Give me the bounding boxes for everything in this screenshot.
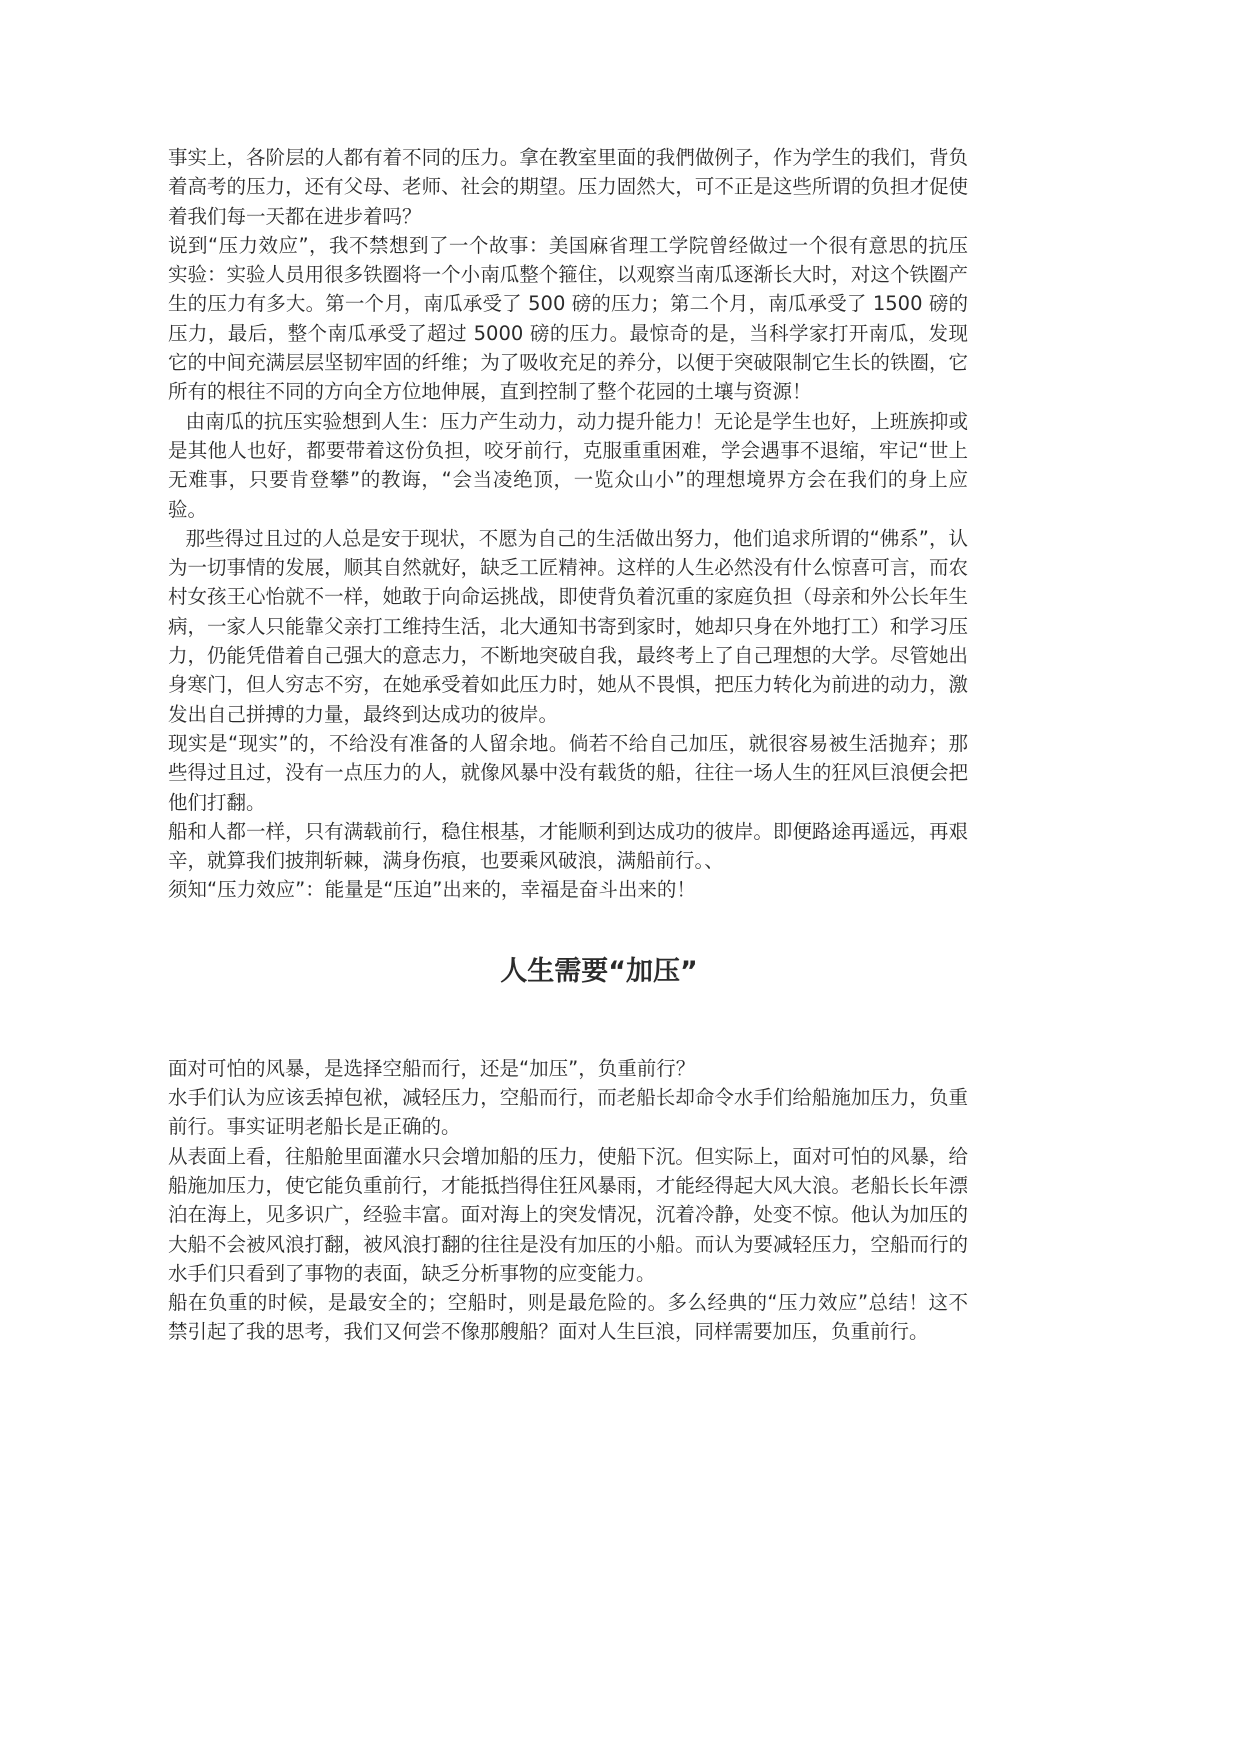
section-2: 面对可怕的风暴，是选择空船而行，还是“加压”，负重前行？ 水手们认为应该丢掉包袱…: [168, 1054, 968, 1347]
paragraph-sailors-captain: 水手们认为应该丢掉包袱，减轻压力，空船而行，而老船长却命令水手们给船施加压力，负…: [168, 1083, 968, 1142]
paragraph-reality: 现实是“现实”的，不给没有准备的人留余地。倘若不给自己加压，就很容易被生活抛弃；…: [168, 729, 968, 817]
paragraph-ship-and-people: 船和人都一样，只有满载前行，稳住根基，才能顺利到达成功的彼岸。即便路途再遥远，再…: [168, 817, 968, 876]
paragraph-conclusion: 须知“压力效应”：能量是“压迫”出来的，幸福是奋斗出来的！: [168, 875, 968, 904]
paragraph-pressure-intro: 事实上，各阶层的人都有着不同的压力。拿在教室里面的我們做例子，作为学生的我们，背…: [168, 143, 968, 231]
paragraph-summary: 船在负重的时候，是最安全的；空船时，则是最危险的。多么经典的“压力效应”总结！这…: [168, 1288, 968, 1347]
document-page: 事实上，各阶层的人都有着不同的压力。拿在教室里面的我們做例子，作为学生的我们，背…: [168, 143, 968, 1347]
paragraph-pumpkin-experiment: 说到“压力效应”，我不禁想到了一个故事：美国麻省理工学院曾经做过一个很有意思的抗…: [168, 231, 968, 407]
paragraph-analysis: 从表面上看，往船舱里面灌水只会增加船的压力，使船下沉。但实际上，面对可怕的风暴，…: [168, 1142, 968, 1288]
paragraph-wang-xinyi-story: 那些得过且过的人总是安于现状，不愿为自己的生活做出努力，他们追求所谓的“佛系”，…: [168, 524, 968, 729]
paragraph-life-reflection: 由南瓜的抗压实验想到人生：压力产生动力，动力提升能力！无论是学生也好，上班族抑或…: [168, 407, 968, 524]
paragraph-storm-question: 面对可怕的风暴，是选择空船而行，还是“加压”，负重前行？: [168, 1054, 968, 1083]
section-1: 事实上，各阶层的人都有着不同的压力。拿在教室里面的我們做例子，作为学生的我们，背…: [168, 143, 968, 905]
section-title: 人生需要“加压”: [168, 952, 968, 992]
